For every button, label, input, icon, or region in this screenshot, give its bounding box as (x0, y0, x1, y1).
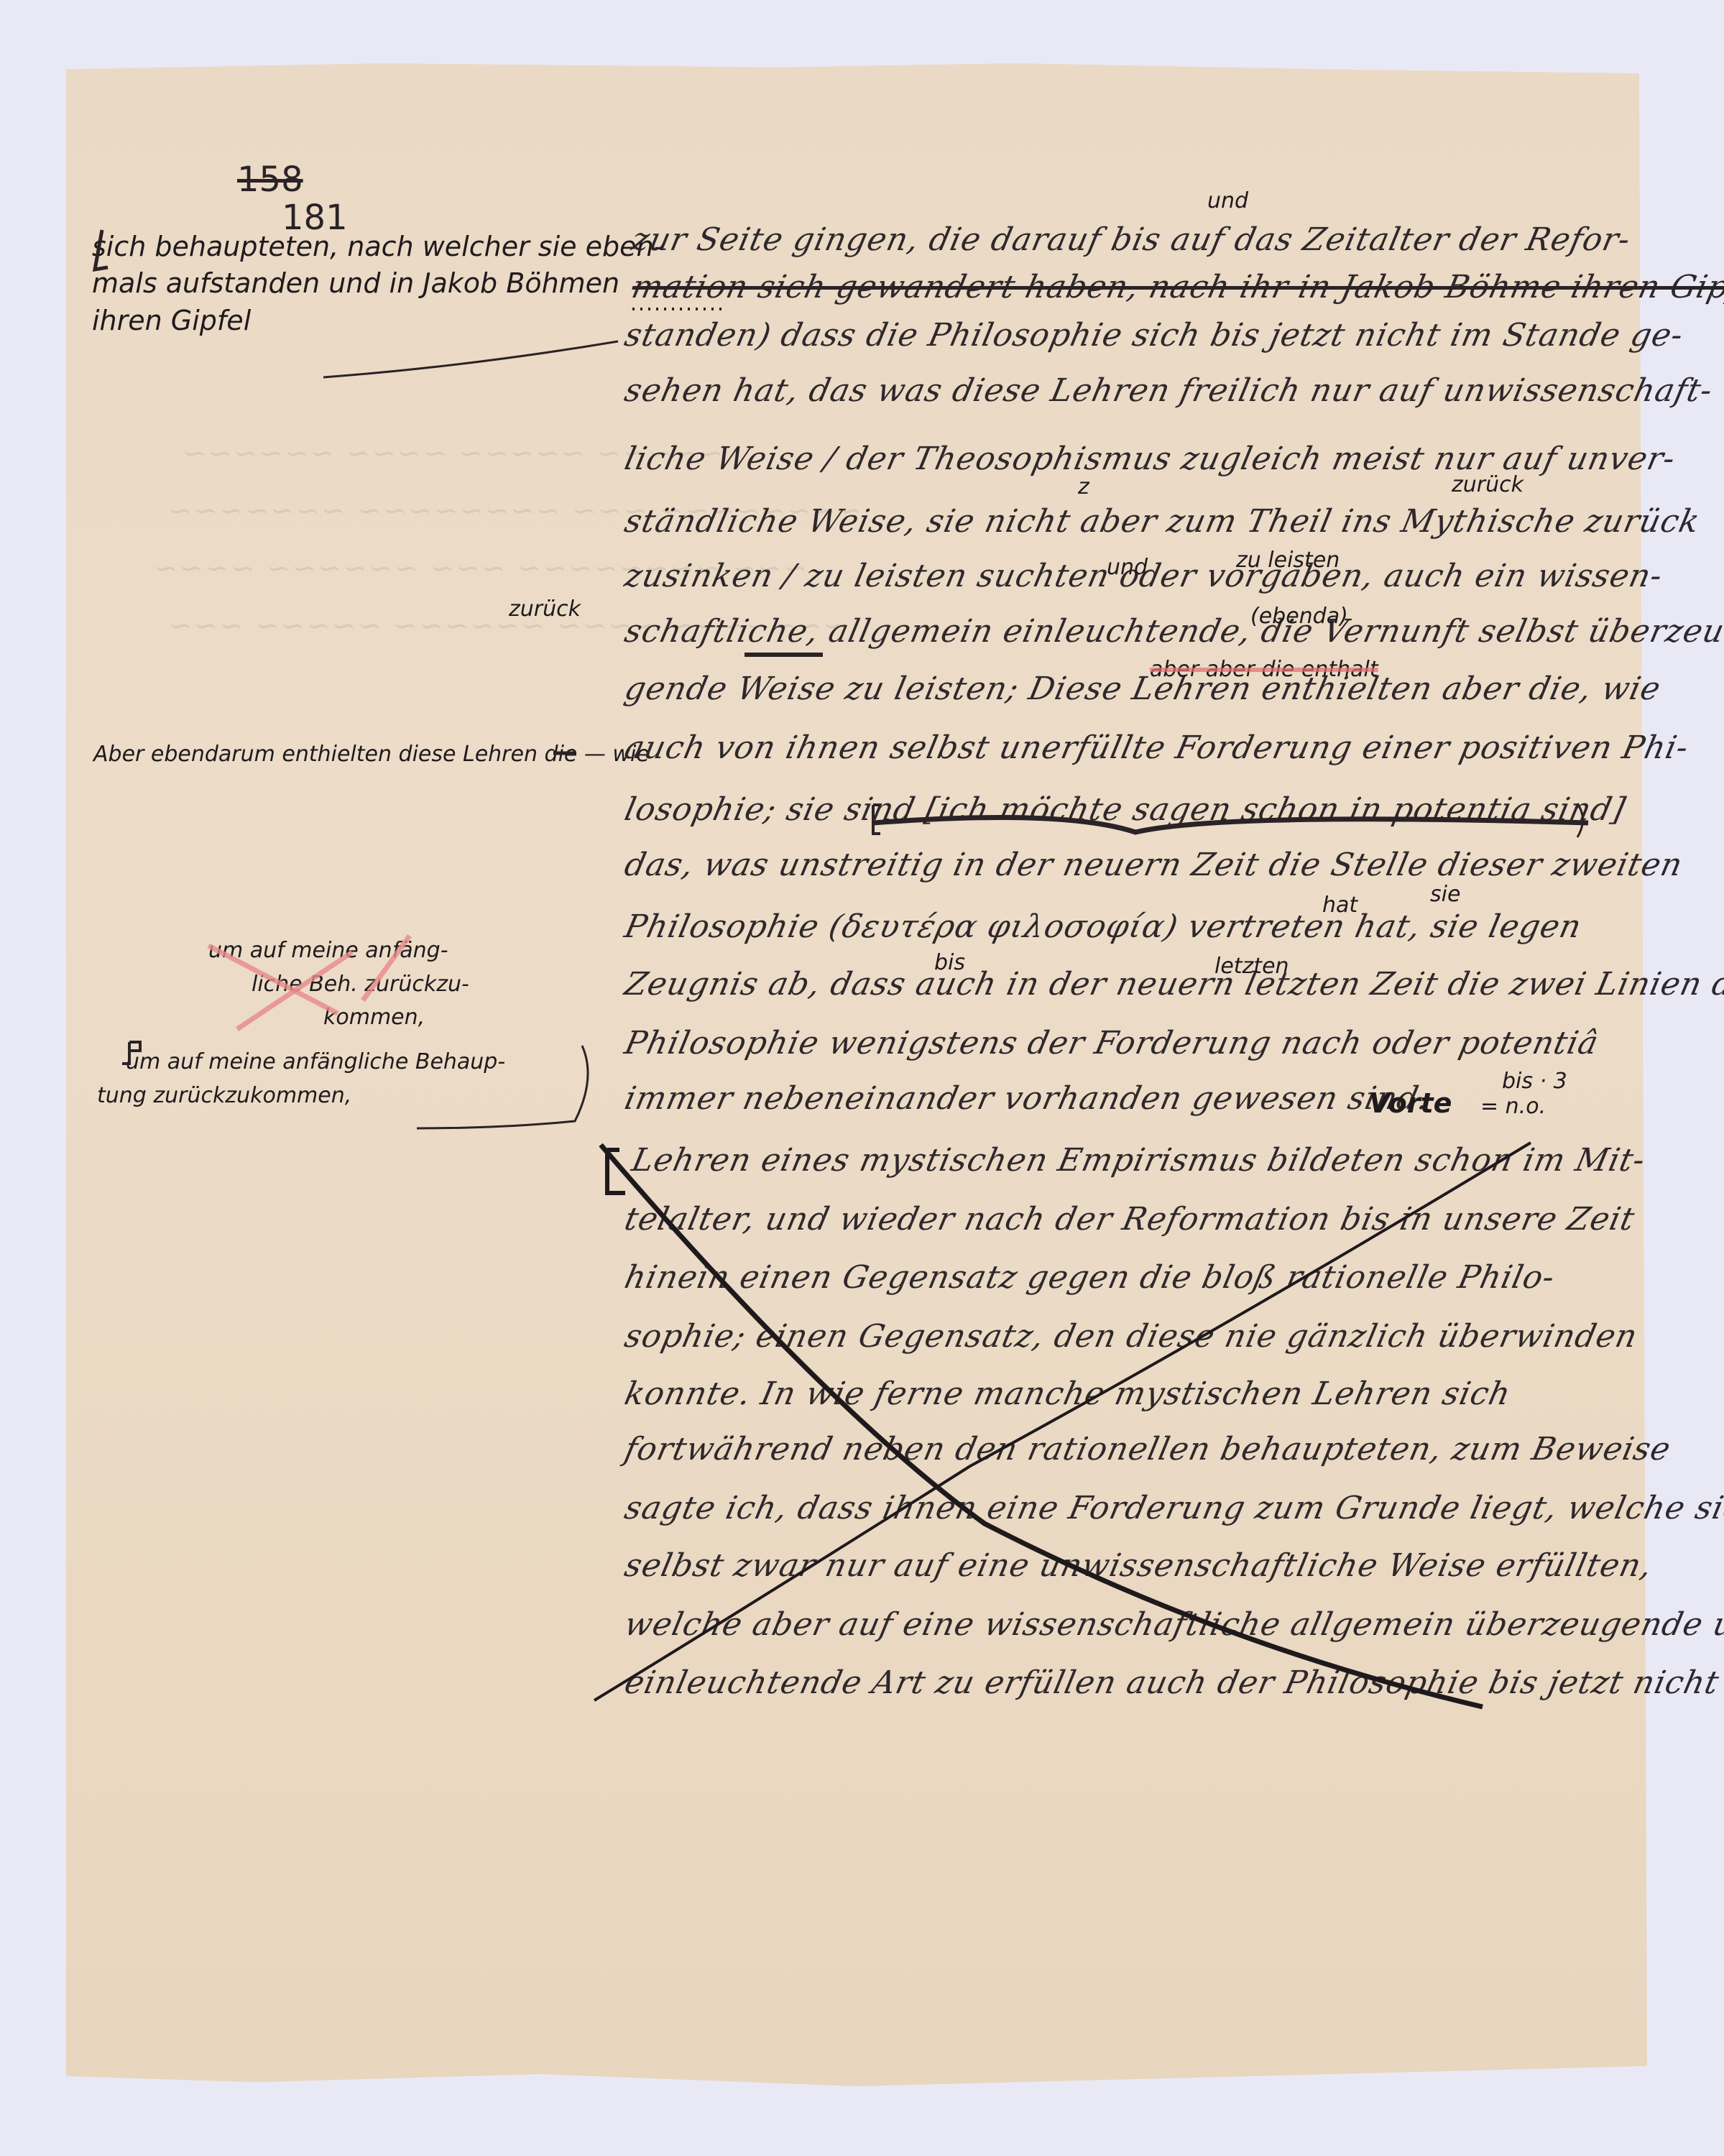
connector-bracket-icon (417, 1046, 588, 1128)
deletion-strike-icon (873, 817, 1588, 832)
deletion-bracket-icon (873, 805, 880, 834)
insertion-mark-icon (122, 1042, 140, 1064)
editorial-marks (0, 0, 1724, 2156)
connector-line-icon (323, 341, 618, 377)
insertion-bracket-icon (95, 230, 108, 269)
